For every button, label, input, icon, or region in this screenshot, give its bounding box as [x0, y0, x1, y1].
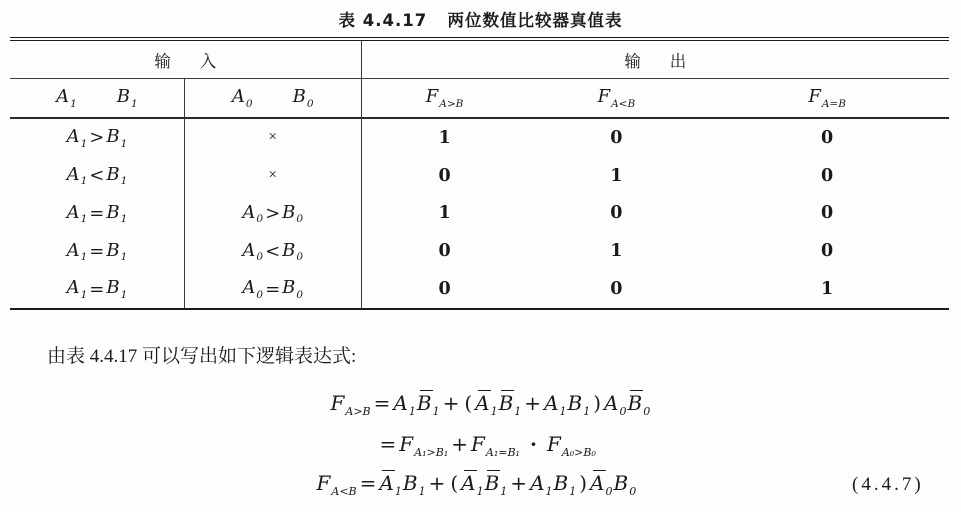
table-cell: 0: [705, 232, 949, 270]
math-token: B0: [293, 86, 314, 109]
math-token: =: [378, 434, 399, 456]
column-header: FA<B: [527, 79, 705, 117]
column-header: FA=B: [705, 79, 949, 117]
math-token: FA₀>B₀: [547, 434, 596, 456]
truth-value: 0: [438, 279, 450, 299]
truth-value: 0: [610, 128, 622, 148]
math-token: =: [372, 393, 393, 415]
math-token: +: [441, 393, 462, 415]
math-token: (: [462, 393, 474, 415]
equation-number: (4.4.7): [852, 474, 924, 496]
math-token: FA>B: [426, 86, 464, 109]
math-token: ): [591, 393, 603, 415]
math-token: =: [87, 279, 106, 300]
math-token: B1: [117, 86, 138, 109]
table-cell: 1: [527, 157, 705, 195]
equation-line-2: =FA₁>B₁+FA₁=B₁·FA₀>B₀: [377, 432, 596, 459]
equation-line-1: FA>B=A1B1+(A1B1+A1B1)A0B0: [330, 391, 651, 418]
table-cell: 0: [362, 232, 528, 270]
math-token: A0: [232, 86, 253, 109]
math-token: A1: [67, 202, 88, 225]
math-token: B1: [106, 164, 127, 187]
math-token: A1: [530, 473, 552, 495]
math-token: A1: [475, 393, 497, 415]
table-cell: 1: [362, 195, 528, 233]
truth-value: 0: [438, 241, 450, 261]
intro-text: 由表 4.4.17 可以写出如下逻辑表达式:: [47, 341, 356, 368]
equation-line-3: FA<B=A1B1+(A1B1+A1B1)A0B0: [316, 471, 637, 498]
math-token: B1: [499, 393, 522, 415]
math-token: B0: [627, 393, 650, 415]
truth-value: 0: [610, 279, 622, 299]
document-page: 表 4.4.17 两位数值比较器真值表 输 入输 出 A1B1A0B0FA>BF…: [0, 0, 961, 512]
math-token: (: [448, 473, 460, 495]
math-token: B1: [106, 240, 127, 263]
math-token: =: [87, 241, 106, 262]
math-token: A1: [461, 473, 483, 495]
table-cell: 0: [362, 157, 528, 195]
math-token: A1: [67, 126, 88, 149]
table-cell: 0: [705, 195, 949, 233]
table-header-row: A1B1A0B0FA>BFA<BFA=B: [10, 79, 949, 119]
truth-value: 1: [821, 279, 833, 299]
table-cell: A0<B0: [185, 232, 362, 270]
math-token: +: [449, 434, 470, 456]
math-token: B0: [282, 277, 303, 300]
math-token: B1: [403, 473, 426, 495]
truth-value: 0: [438, 166, 450, 186]
truth-value: 1: [610, 241, 622, 261]
math-token: B0: [282, 240, 303, 263]
math-token: B1: [106, 126, 127, 149]
math-token: B1: [485, 473, 508, 495]
truth-value: 1: [610, 166, 622, 186]
truth-value: 0: [821, 166, 833, 186]
table-cell: 0: [527, 119, 705, 157]
math-token: ): [577, 473, 589, 495]
table-row: A1>B1×100: [10, 119, 949, 157]
truth-value: 0: [821, 128, 833, 148]
table-cell: 0: [705, 157, 949, 195]
table-cell: A0>B0: [185, 195, 362, 233]
math-token: A1: [56, 86, 77, 109]
table-group-header-row: 输 入输 出: [10, 41, 949, 79]
math-token: A0: [242, 240, 263, 263]
math-token: =: [87, 203, 106, 224]
math-token: B0: [613, 473, 636, 495]
math-token: +: [427, 473, 448, 495]
math-token: >: [87, 127, 106, 148]
math-token: A1: [393, 393, 415, 415]
table-body: A1>B1×100A1<B1×010A1=B1A0>B0100A1=B1A0<B…: [10, 119, 949, 308]
table-cell: A1=B1: [10, 270, 185, 308]
table-cell: A1=B1: [10, 232, 185, 270]
table-cell: A1>B1: [10, 119, 185, 157]
math-token: A1: [67, 240, 88, 263]
table-row: A1=B1A0>B0100: [10, 195, 949, 233]
column-header: A0B0: [185, 79, 362, 117]
math-token: B1: [568, 393, 591, 415]
truth-value: 0: [821, 203, 833, 223]
truth-value: 1: [438, 128, 450, 148]
group-header-input: 输 入: [10, 41, 362, 78]
table-cell: 1: [362, 119, 528, 157]
math-token: A1: [379, 473, 401, 495]
math-token: B0: [282, 202, 303, 225]
dont-care-mark: ×: [269, 167, 277, 184]
math-token: +: [508, 473, 529, 495]
math-token: FA<B: [317, 473, 357, 495]
math-token: A1: [67, 277, 88, 300]
truth-table: 输 入输 出 A1B1A0B0FA>BFA<BFA=B A1>B1×100A1<…: [10, 37, 949, 310]
table-cell: 0: [527, 270, 705, 308]
math-token: <: [263, 241, 282, 262]
table-cell: 0: [527, 195, 705, 233]
table-cell: ×: [185, 119, 362, 157]
table-cell: A1<B1: [10, 157, 185, 195]
math-token: A1: [67, 164, 88, 187]
math-token: FA<B: [598, 86, 636, 109]
math-token: >: [263, 203, 282, 224]
math-token: <: [87, 165, 106, 186]
column-header: FA>B: [362, 79, 528, 117]
table-cell: A0=B0: [185, 270, 362, 308]
math-token: B1: [106, 202, 127, 225]
truth-value: 0: [821, 241, 833, 261]
truth-value: 0: [610, 203, 622, 223]
table-cell: A1=B1: [10, 195, 185, 233]
math-token: A0: [242, 202, 263, 225]
table-row: A1=B1A0<B0010: [10, 232, 949, 270]
math-token: +: [522, 393, 543, 415]
table-cell: 0: [705, 119, 949, 157]
math-token: A1: [544, 393, 566, 415]
math-token: B1: [106, 277, 127, 300]
math-token: B1: [554, 473, 577, 495]
table-cell: ×: [185, 157, 362, 195]
math-token: A0: [590, 473, 612, 495]
math-token: FA=B: [808, 86, 846, 109]
math-token: FA₁=B₁: [471, 434, 520, 456]
math-token: FA>B: [331, 393, 371, 415]
table-row: A1<B1×010: [10, 157, 949, 195]
math-token: A0: [604, 393, 626, 415]
table-row: A1=B1A0=B0001: [10, 270, 949, 308]
truth-value: 1: [438, 203, 450, 223]
table-cell: 1: [527, 232, 705, 270]
table-cell: 1: [705, 270, 949, 308]
group-header-output: 输 出: [362, 41, 949, 78]
math-token: B1: [417, 393, 440, 415]
math-token: ·: [521, 434, 546, 456]
math-token: A0: [242, 277, 263, 300]
math-token: =: [263, 279, 282, 300]
table-cell: 0: [362, 270, 528, 308]
math-token: FA₁>B₁: [399, 434, 448, 456]
dont-care-mark: ×: [269, 129, 277, 146]
math-token: =: [358, 473, 379, 495]
table-title: 表 4.4.17 两位数值比较器真值表: [0, 7, 961, 31]
column-header: A1B1: [10, 79, 185, 117]
